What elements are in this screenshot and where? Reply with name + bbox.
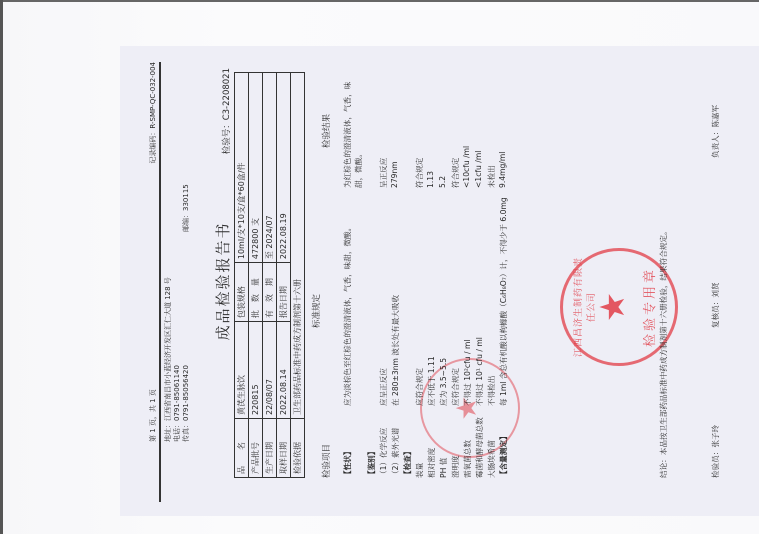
test-standard: 不得检出: [486, 196, 497, 406]
table-row: 取样日期 2022.08.14 报告日期 2022.08.19: [277, 73, 291, 478]
info-value: 黄芪生脉饮: [235, 322, 249, 419]
test-standard: 应为 3.5~5.5: [438, 196, 449, 406]
test-item: 【性状】: [342, 448, 353, 478]
test-result: 符合规定: [450, 68, 461, 188]
test-row: 装量应符合规定符合规定: [414, 68, 426, 478]
test-result: 为红棕色的澄清液体，气香，味甜，微酸。: [342, 68, 364, 188]
column-header-item: 检验项目: [320, 444, 332, 478]
test-result: <10cfu /ml: [462, 68, 471, 188]
test-result: 符合规定: [414, 68, 425, 188]
info-label: 产品批号: [249, 419, 263, 478]
column-header-standard: 标准规定: [310, 294, 322, 328]
scan-edge-left: [0, 0, 3, 534]
seal-usage: 检验专用章: [639, 251, 658, 363]
company-zip: 邮编：330115: [181, 184, 191, 232]
page-info: 第 1 页，共 1 页: [148, 389, 158, 442]
test-standard: 应呈正反应: [378, 196, 389, 406]
star-icon: ★: [593, 251, 633, 363]
test-item: 霉菌和酵母菌总数: [474, 417, 485, 478]
test-standard: 应为淡棕色至红棕色的澄清液体，气香，味甜，微酸。: [342, 196, 353, 406]
test-row: 【鉴别】: [366, 68, 378, 478]
test-result: 279nm: [390, 68, 399, 188]
column-header-result: 检验结果: [320, 114, 332, 148]
inspector-signature: 检验员：张子玲: [710, 425, 721, 478]
info-value: 至 2024/07: [263, 73, 277, 263]
info-label: 报告日期: [277, 263, 291, 322]
test-row: （2）紫外光谱在 280±3nm 波长处有最大吸收279nm: [390, 68, 402, 478]
info-value: 10ml/支*10支/盒*60盒/件: [235, 73, 249, 263]
test-item: 装量: [414, 463, 425, 478]
test-item: 【检查】: [402, 448, 413, 478]
test-result: 1.13: [426, 68, 435, 188]
test-row: 大肠埃希菌不得检出未检出: [486, 68, 498, 478]
test-item: 大肠埃希菌: [486, 440, 497, 478]
test-result: 呈正反应: [378, 68, 389, 188]
table-row: 生产日期 22/08/07 有 效 期 至 2024/07: [263, 73, 277, 478]
scan-edge-top: [0, 0, 759, 2]
info-label: 生产日期: [263, 419, 277, 478]
record-number: 记录编码：R-SMP-QC-032-004: [148, 62, 158, 164]
info-value: 22/08/07: [263, 322, 277, 419]
test-row: 霉菌和酵母菌总数不得过 10¹ cfu / ml<1cfu /ml: [474, 68, 486, 478]
test-standard: 应符合规定: [450, 196, 461, 406]
test-result: 9.4mg/ml: [498, 68, 507, 188]
test-standard: 应不低于 1.11: [426, 196, 437, 406]
conclusion: 结论：本品按卫生部药品标准中药成方制剂第十六册检验，结果符合规定。: [658, 68, 669, 478]
info-value: 卫生部药品标准中药成方制剂第十六册: [291, 73, 305, 419]
test-row: 【性状】应为淡棕色至红棕色的澄清液体，气香，味甜，微酸。为红棕色的澄清液体，气香…: [342, 68, 366, 478]
test-row: （1）化学反应应呈正反应呈正反应: [378, 68, 390, 478]
test-item: 澄明度: [450, 455, 461, 478]
test-item: （2）紫外光谱: [390, 428, 401, 478]
product-info-table: 品 名 黄芪生脉饮 包装规格 10ml/支*10支/盒*60盒/件 产品批号 2…: [234, 72, 305, 478]
test-result: 5.2: [438, 68, 447, 188]
info-value: 2022.08.19: [277, 73, 291, 263]
test-row: 需氧菌总数不得过 10²cfu / ml<10cfu /ml: [462, 68, 474, 478]
info-value: 472800 支: [249, 73, 263, 263]
info-value: 2022.08.14: [277, 322, 291, 419]
table-row: 检验依据 卫生部药品标准中药成方制剂第十六册: [291, 73, 305, 478]
info-label: 批 数 量: [249, 263, 263, 322]
test-row: 相对密度应不低于 1.111.13: [426, 68, 438, 478]
test-standard: 不得过 10²cfu / ml: [462, 196, 473, 406]
info-label: 取样日期: [277, 419, 291, 478]
test-item: 需氧菌总数: [462, 440, 473, 478]
table-row: 产品批号 220815 批 数 量 472800 支: [249, 73, 263, 478]
manager-signature: 负责人：陈嘉军: [710, 105, 721, 158]
info-label: 检验依据: [291, 419, 305, 478]
info-label: 品 名: [235, 419, 249, 478]
info-value: 220815: [249, 322, 263, 419]
test-item: PH 值: [438, 458, 449, 478]
test-row: 【含量测定】每 1ml 含总有机酸以枸橼酸（C₆H₈O₇）计，不得少于 6.0m…: [498, 68, 522, 478]
test-result: 未检出: [486, 68, 497, 188]
test-row: PH 值应为 3.5~5.55.2: [438, 68, 450, 478]
reviewer-signature: 复核员：刘贤: [710, 282, 721, 328]
test-standard: 不得过 10¹ cfu / ml: [474, 196, 485, 406]
test-item: 相对密度: [426, 448, 437, 478]
test-results-list: 【性状】应为淡棕色至红棕色的澄清液体，气香，味甜，微酸。为红棕色的澄清液体，气香…: [342, 68, 522, 478]
info-label: 有 效 期: [263, 263, 277, 322]
test-result: <1cfu /ml: [474, 68, 483, 188]
test-item: （1）化学反应: [378, 428, 389, 478]
test-standard: 在 280±3nm 波长处有最大吸收: [390, 196, 401, 406]
test-standard: 每 1ml 含总有机酸以枸橼酸（C₆H₈O₇）计，不得少于 6.0mg: [498, 196, 509, 406]
test-item: 【含量测定】: [498, 432, 509, 478]
info-label: 包装规格: [235, 263, 249, 322]
inspection-report-page: 第 1 页，共 1 页 记录编码：R-SMP-QC-032-004 地址：江西省…: [120, 46, 759, 516]
table-row: 品 名 黄芪生脉饮 包装规格 10ml/支*10支/盒*60盒/件: [235, 73, 249, 478]
company-fax: 传真：0791-85056420: [181, 365, 191, 442]
test-row: 澄明度应符合规定符合规定: [450, 68, 462, 478]
report-number: 检验号：C3-2208021: [220, 68, 232, 154]
header-rule: [159, 62, 161, 502]
test-row: 【检查】: [402, 68, 414, 478]
letterhead: 第 1 页，共 1 页 记录编码：R-SMP-QC-032-004 地址：江西省…: [148, 62, 190, 502]
test-standard: 应符合规定: [414, 196, 425, 406]
test-item: 【鉴别】: [366, 448, 377, 478]
